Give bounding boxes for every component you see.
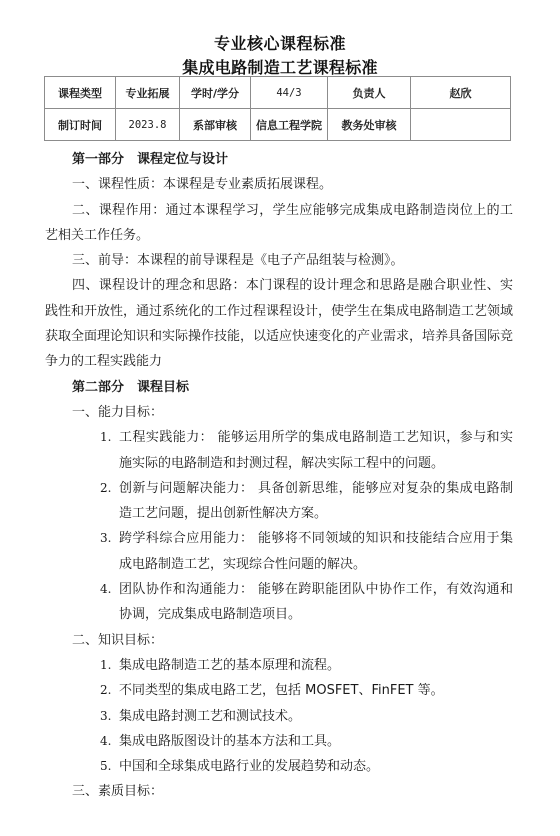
list-item: 2.创新与问题解决能力： 具备创新思维，能够应对复杂的集成电路制造工艺问题，提出… — [45, 476, 513, 527]
list-item: 3.集成电路封测工艺和测试技术。 — [45, 704, 513, 729]
ability-goals-label: 一、能力目标： — [45, 400, 513, 425]
course-info-table: 课程类型 专业拓展 学时/学分 44/3 负责人 赵欣 制订时间 2023.8 … — [44, 76, 511, 141]
course-title: 集成电路制造工艺课程标准 — [0, 55, 560, 78]
table-row: 制订时间 2023.8 系部审核 信息工程学院 教务处审核 — [45, 109, 511, 141]
table-row: 课程类型 专业拓展 学时/学分 44/3 负责人 赵欣 — [45, 77, 511, 109]
list-number: 3. — [100, 526, 111, 551]
document-title: 专业核心课程标准 — [0, 31, 560, 54]
list-text: 跨学科综合应用能力： 能够将不同领域的知识和技能结合应用于集成电路制造工艺，实现… — [119, 531, 513, 571]
list-item: 5.中国和全球集成电路行业的发展趋势和动态。 — [45, 754, 513, 779]
paragraph-design-concept: 四、课程设计的理念和思路：本门课程的设计理念和思路是融合职业性、实践性和开放性，… — [45, 273, 513, 374]
list-text: 创新与问题解决能力： 具备创新思维，能够应对复杂的集成电路制造工艺问题，提出创新… — [119, 481, 513, 521]
paragraph-prerequisite: 三、前导：本课程的前导课程是《电子产品组装与检测》。 — [45, 248, 513, 273]
value-dept-review: 信息工程学院 — [251, 109, 328, 141]
list-number: 3. — [100, 704, 111, 729]
value-hours-credits: 44/3 — [251, 77, 328, 109]
label-academic-review: 教务处审核 — [328, 109, 411, 141]
label-course-type: 课程类型 — [45, 77, 116, 109]
paragraph-course-role: 二、课程作用：通过本课程学习，学生应能够完成集成电路制造岗位上的工艺相关工作任务… — [45, 198, 513, 249]
quality-goals-label: 三、素质目标： — [45, 779, 513, 804]
list-text: 集成电路封测工艺和测试技术。 — [119, 709, 301, 724]
label-date: 制订时间 — [45, 109, 116, 141]
part2-heading-title: 课程目标 — [137, 380, 189, 395]
label-hours-credits: 学时/学分 — [180, 77, 251, 109]
knowledge-goals-label: 二、知识目标： — [45, 628, 513, 653]
list-item: 1.集成电路制造工艺的基本原理和流程。 — [45, 653, 513, 678]
list-item: 4.团队协作和沟通能力： 能够在跨职能团队中协作工作，有效沟通和协调，完成集成电… — [45, 577, 513, 628]
label-dept-review: 系部审核 — [180, 109, 251, 141]
part1-heading: 第一部分课程定位与设计 — [45, 147, 513, 172]
list-number: 5. — [100, 754, 111, 779]
list-item: 2.不同类型的集成电路工艺，包括 MOSFET、FinFET 等。 — [45, 678, 513, 703]
value-date: 2023.8 — [116, 109, 180, 141]
list-number: 4. — [100, 577, 111, 602]
list-text: 集成电路制造工艺的基本原理和流程。 — [119, 658, 340, 673]
list-number: 1. — [100, 653, 111, 678]
list-number: 4. — [100, 729, 111, 754]
list-text: 工程实践能力： 能够运用所学的集成电路制造工艺知识，参与和实施实际的电路制造和封… — [119, 430, 513, 470]
value-course-type: 专业拓展 — [116, 77, 180, 109]
part2-heading-num: 第二部分 — [72, 380, 124, 395]
part2-heading: 第二部分课程目标 — [45, 375, 513, 400]
list-number: 2. — [100, 678, 111, 703]
list-text: 中国和全球集成电路行业的发展趋势和动态。 — [119, 759, 379, 774]
document-body: 第一部分课程定位与设计 一、课程性质：本课程是专业素质拓展课程。 二、课程作用：… — [45, 147, 513, 805]
list-text: 不同类型的集成电路工艺，包括 MOSFET、FinFET 等。 — [119, 683, 444, 698]
part1-heading-title: 课程定位与设计 — [137, 152, 228, 167]
paragraph-course-nature: 一、课程性质：本课程是专业素质拓展课程。 — [45, 172, 513, 197]
list-text: 团队协作和沟通能力： 能够在跨职能团队中协作工作，有效沟通和协调，完成集成电路制… — [119, 582, 513, 622]
value-academic-review — [411, 109, 511, 141]
list-number: 1. — [100, 425, 111, 450]
value-owner: 赵欣 — [411, 77, 511, 109]
list-item: 4.集成电路版图设计的基本方法和工具。 — [45, 729, 513, 754]
list-text: 集成电路版图设计的基本方法和工具。 — [119, 734, 340, 749]
list-item: 1.工程实践能力： 能够运用所学的集成电路制造工艺知识，参与和实施实际的电路制造… — [45, 425, 513, 476]
label-owner: 负责人 — [328, 77, 411, 109]
list-item: 3.跨学科综合应用能力： 能够将不同领域的知识和技能结合应用于集成电路制造工艺，… — [45, 526, 513, 577]
part1-heading-num: 第一部分 — [72, 152, 124, 167]
list-number: 2. — [100, 476, 111, 501]
